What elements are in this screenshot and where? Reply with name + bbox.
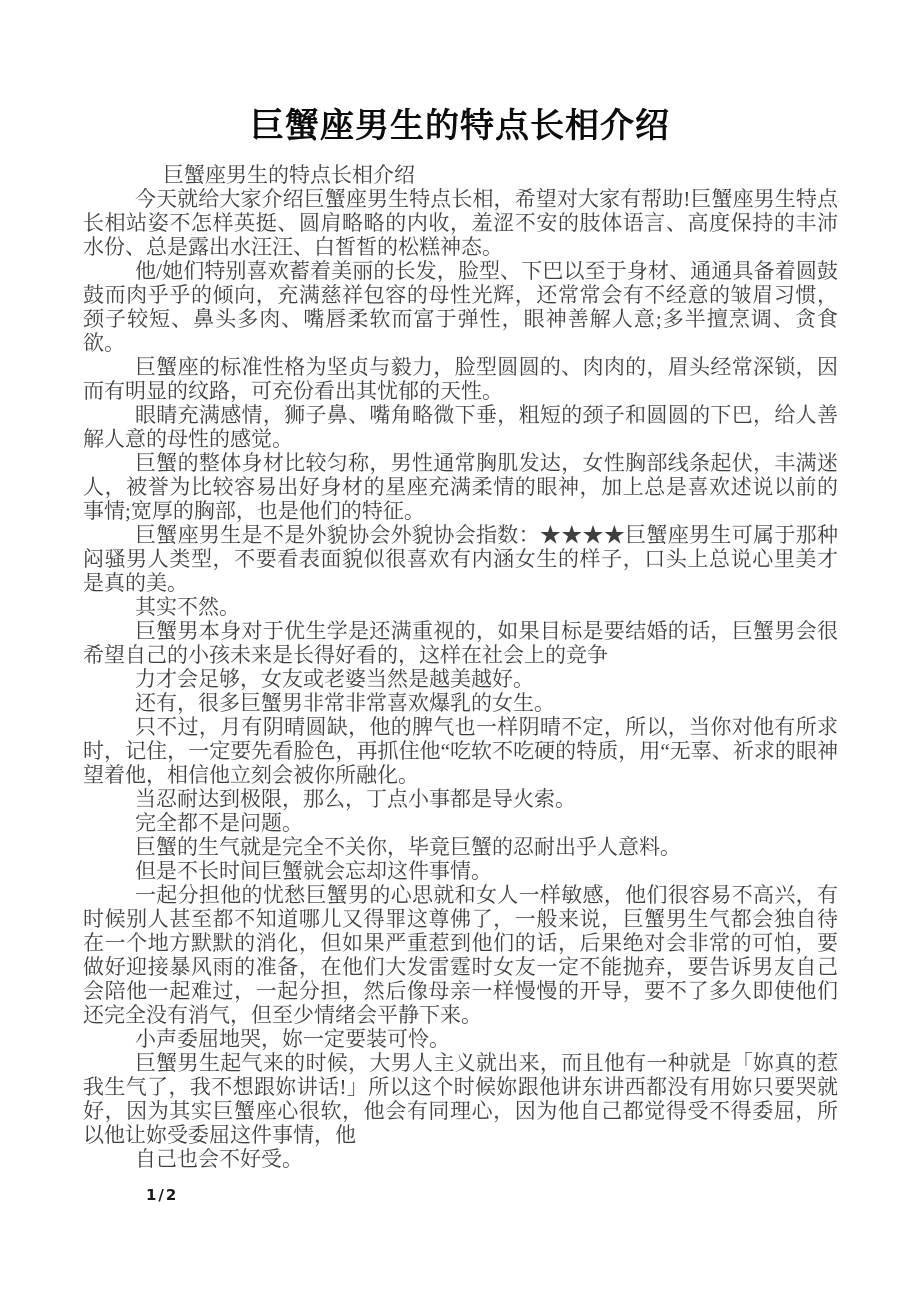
body-paragraph: 一起分担他的忧愁巨蟹男的心思就和女人一样敏感，他们很容易不高兴，有时候别人甚至都… — [83, 883, 838, 1027]
body-paragraph: 小声委屈地哭，妳一定要装可怜。 — [83, 1027, 838, 1051]
body-paragraph: 完全都不是问题。 — [83, 811, 838, 835]
body-paragraph: 巨蟹座男生是不是外貌协会外貌协会指数：★★★★巨蟹座男生可属于那种闷骚男人类型，… — [83, 523, 838, 595]
body-paragraph: 巨蟹的整体身材比较匀称，男性通常胸肌发达，女性胸部线条起伏，丰满迷人，被誉为比较… — [83, 451, 838, 523]
body-paragraph: 巨蟹座的标准性格为坚贞与毅力，脸型圆圆的、肉肉的，眉头经常深锁，因而有明显的纹路… — [83, 355, 838, 403]
body-paragraph: 但是不长时间巨蟹就会忘却这件事情。 — [83, 859, 838, 883]
document-body: 巨蟹座男生的特点长相介绍今天就给大家介绍巨蟹座男生特点长相，希望对大家有帮助!巨… — [83, 163, 838, 1171]
body-paragraph: 眼睛充满感情，狮子鼻、嘴角略微下垂，粗短的颈子和圆圆的下巴，给人善解人意的母性的… — [83, 403, 838, 451]
body-paragraph: 今天就给大家介绍巨蟹座男生特点长相，希望对大家有帮助!巨蟹座男生特点长相站姿不怎… — [83, 187, 838, 259]
body-paragraph: 自己也会不好受。 — [83, 1147, 838, 1171]
body-paragraph: 当忍耐达到极限，那么，丁点小事都是导火索。 — [83, 787, 838, 811]
body-paragraph: 巨蟹男本身对于优生学是还满重视的，如果目标是要结婚的话，巨蟹男会很希望自己的小孩… — [83, 619, 838, 667]
document-page: 巨蟹座男生的特点长相介绍 巨蟹座男生的特点长相介绍今天就给大家介绍巨蟹座男生特点… — [0, 0, 920, 1302]
page-number-indicator: 1/2 — [146, 1186, 178, 1204]
body-paragraph: 巨蟹的生气就是完全不关你，毕竟巨蟹的忍耐出乎人意料。 — [83, 835, 838, 859]
body-paragraph: 力才会足够，女友或老婆当然是越美越好。 — [83, 667, 838, 691]
body-paragraph: 还有，很多巨蟹男非常非常喜欢爆乳的女生。 — [83, 691, 838, 715]
body-paragraph: 其实不然。 — [83, 595, 838, 619]
body-paragraph: 他/她们特别喜欢蓄着美丽的长发，脸型、下巴以至于身材、通通具备着圆鼓鼓而肉乎乎的… — [83, 259, 838, 355]
body-paragraph: 巨蟹座男生的特点长相介绍 — [83, 163, 838, 187]
body-paragraph: 巨蟹男生起气来的时候，大男人主义就出来，而且他有一种就是「妳真的惹我生气了，我不… — [83, 1051, 838, 1147]
body-paragraph: 只不过，月有阴晴圆缺，他的脾气也一样阴晴不定，所以，当你对他有所求时，记住，一定… — [83, 715, 838, 787]
document-title: 巨蟹座男生的特点长相介绍 — [0, 0, 920, 150]
